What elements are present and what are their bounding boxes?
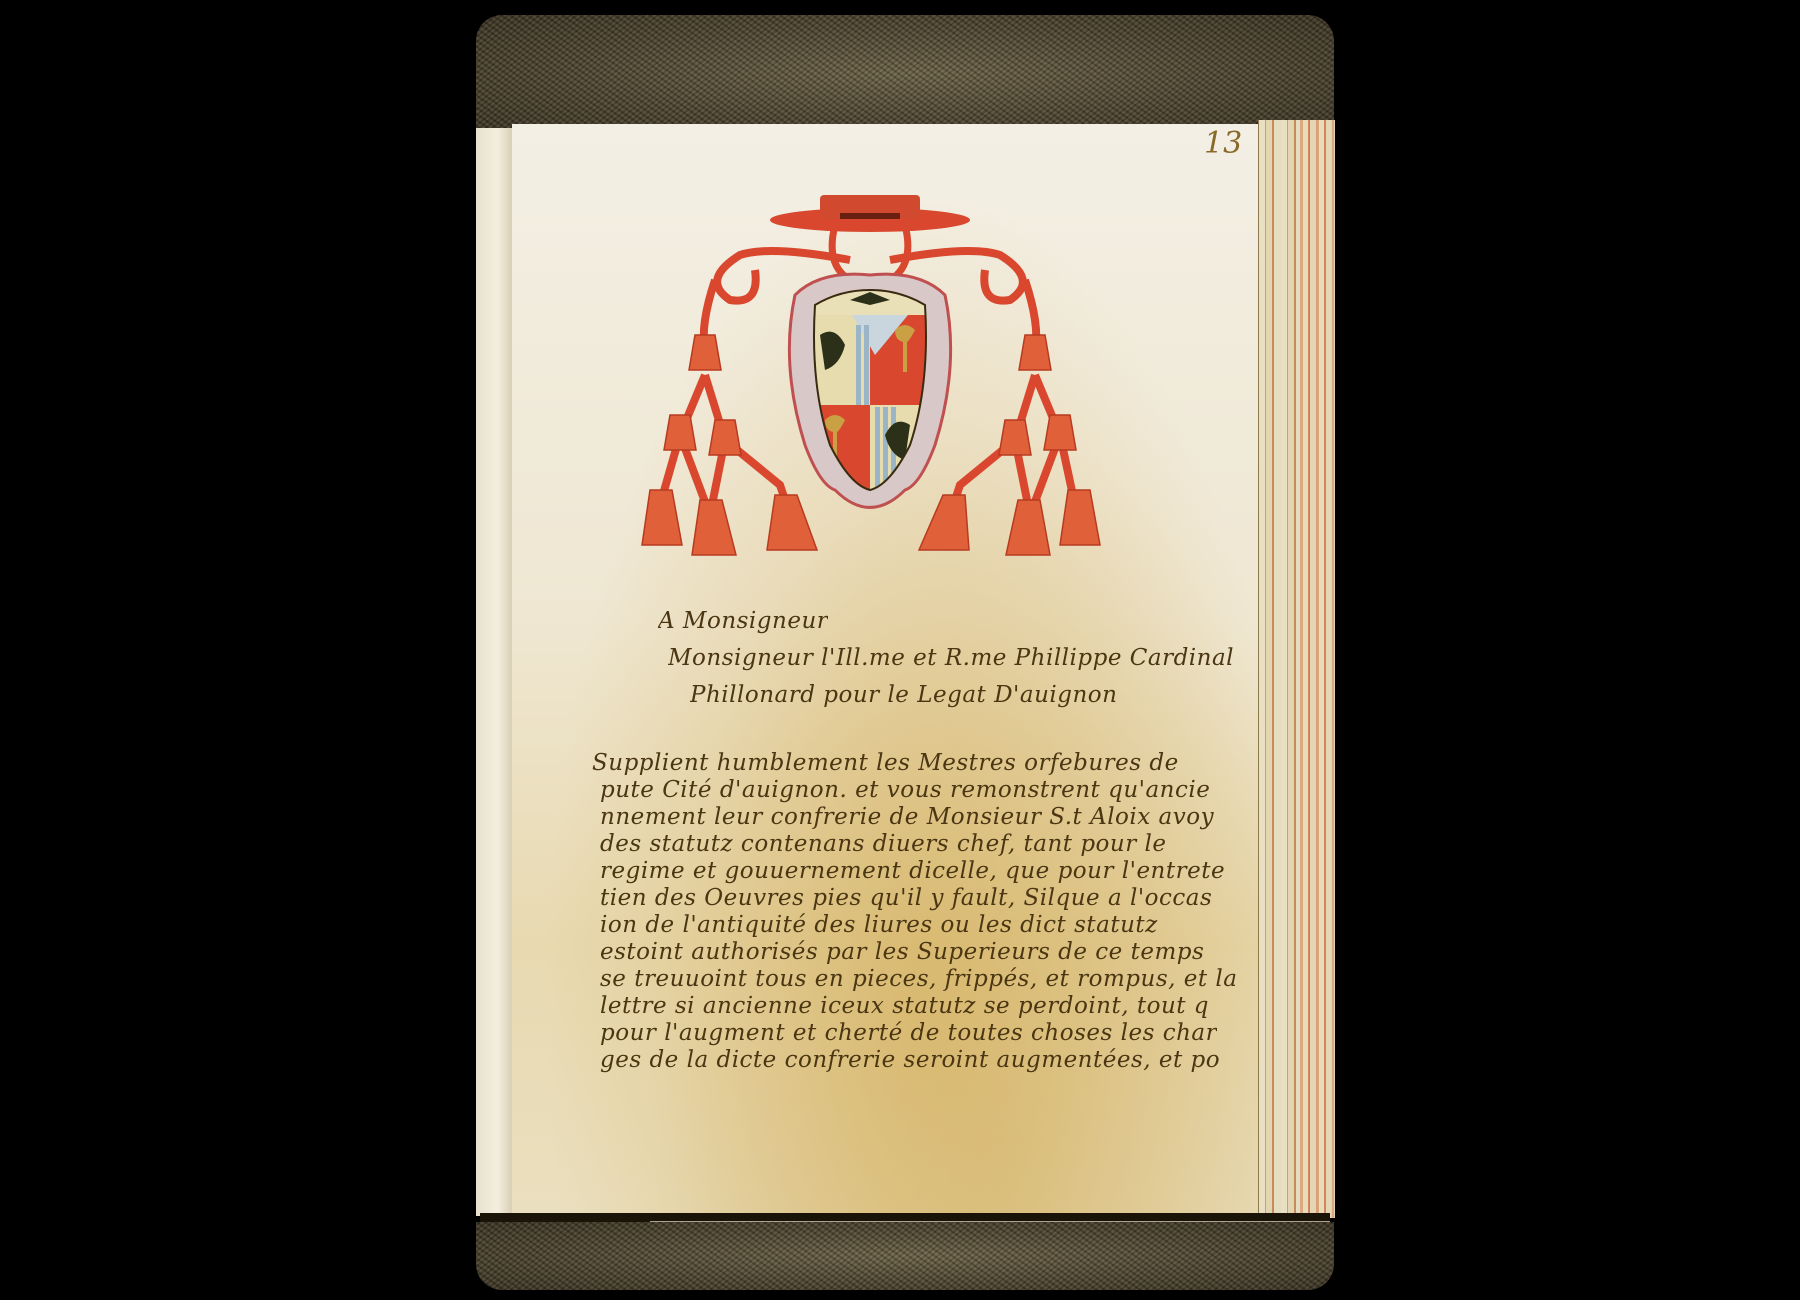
verso-page-edge <box>476 128 513 1216</box>
body-text-line: lettre si ancienne iceux statutz se perd… <box>600 993 1209 1019</box>
address-line: Monsigneur l'Ill.me et R.me Phillippe Ca… <box>668 645 1234 671</box>
address-line: A Monsigneur <box>658 608 828 634</box>
body-text-line: se treuuoint tous en pieces, frippés, et… <box>600 966 1238 992</box>
body-text-line: Supplient humblement les Mestres orfebur… <box>592 750 1179 776</box>
body-text-line: tien des Oeuvres pies qu'il y fault, Sil… <box>600 885 1212 911</box>
book-cover-top <box>476 15 1334 133</box>
body-text-line: ges de la dicte confrerie seroint augmen… <box>600 1047 1220 1073</box>
book-cover-bottom <box>476 1222 1334 1290</box>
body-text-line: regime et gouuernement dicelle, que pour… <box>600 858 1225 884</box>
page-stack-red-edges <box>1300 120 1334 1218</box>
body-text-line: pour l'augment et cherté de toutes chose… <box>600 1020 1217 1046</box>
body-text-line: pute Cité d'auignon. et vous remonstrent… <box>600 777 1210 803</box>
body-text-line: estoint authorisés par les Superieurs de… <box>600 939 1204 965</box>
folio-number: 13 <box>1204 126 1242 161</box>
body-text-line: des statutz contenans diuers chef, tant … <box>600 831 1167 857</box>
cardinal-coat-of-arms-icon <box>620 185 1120 585</box>
galero-hat-icon <box>770 195 970 280</box>
body-text-line: ion de l'antiquité des liures ou les dic… <box>600 912 1158 938</box>
body-text-line: nnement leur confrerie de Monsieur S.t A… <box>600 804 1214 830</box>
address-line: Phillonard pour le Legat D'auignon <box>690 682 1117 708</box>
